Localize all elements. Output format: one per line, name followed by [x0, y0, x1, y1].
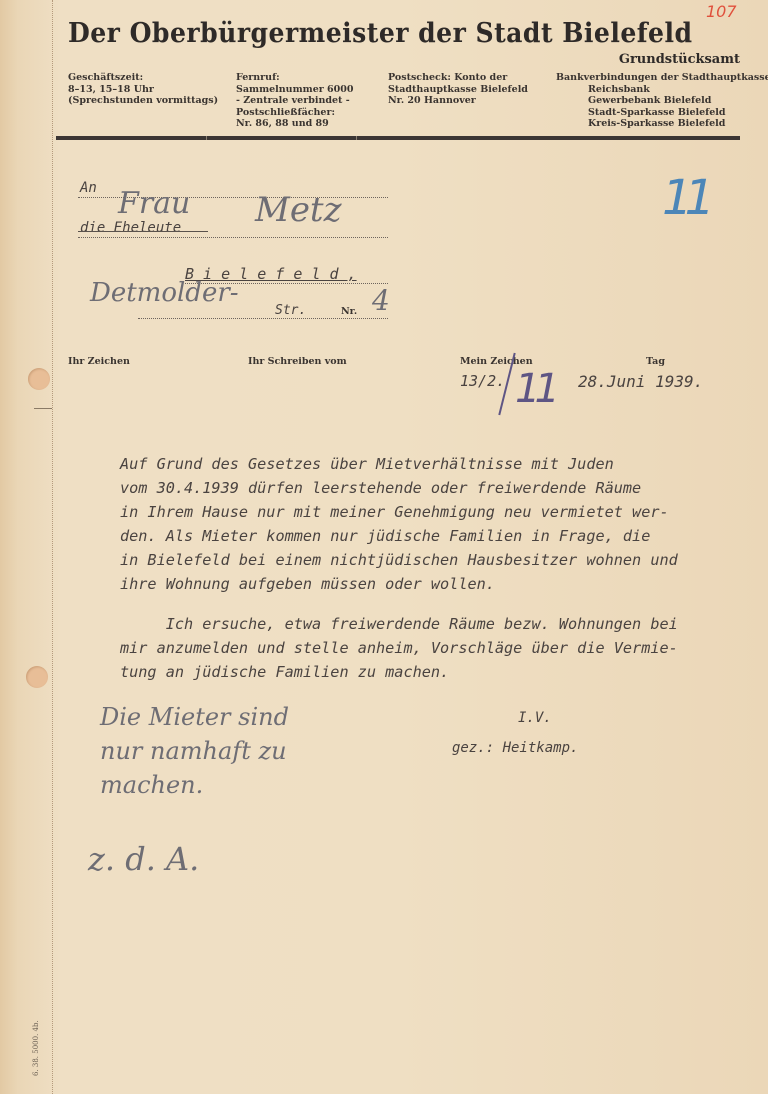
fold-mark — [34, 408, 52, 409]
department-name: Grundstücksamt — [619, 52, 740, 67]
letterhead-rule — [56, 136, 740, 140]
margin-line — [52, 0, 53, 1094]
office-hours-note: (Sprechstunden vormittags) — [68, 95, 218, 107]
handwritten-salutation: Frau — [118, 186, 190, 221]
printer-mark: 6. 38. 5000. 4b. — [32, 1020, 40, 1076]
postal-check-line: Stadthauptkasse Bielefeld — [388, 84, 528, 96]
handwritten-note-line: nur namhaft zu — [100, 734, 289, 768]
office-hours-times: 8–13, 15–18 Uhr — [68, 84, 218, 96]
office-hours: Geschäftszeit: 8–13, 15–18 Uhr (Sprechst… — [68, 72, 218, 107]
bank-item: Reichsbank — [588, 84, 768, 96]
handwritten-recipient-name: Metz — [255, 190, 342, 230]
your-ref-label: Ihr Zeichen — [68, 356, 130, 367]
signature-iv: I.V. — [518, 710, 552, 726]
handwritten-note-line: Die Mieter sind — [100, 700, 289, 734]
handwritten-footer-note: z. d. A. — [88, 840, 199, 878]
signature-name: gez.: Heitkamp. — [452, 740, 578, 756]
address-line-4 — [138, 318, 388, 319]
phone-note: - Zentrale verbindet - — [236, 95, 354, 107]
phone-info: Fernruf: Sammelnummer 6000 - Zentrale ve… — [236, 72, 354, 130]
handwritten-street: Detmolder- — [90, 278, 239, 308]
bank-item: Stadt-Sparkasse Bielefeld — [588, 107, 768, 119]
letterhead-title: Der Oberbürgermeister der Stadt Bielefel… — [68, 18, 693, 49]
date-label: Tag — [646, 356, 665, 367]
postal-check-line: Nr. 20 Hannover — [388, 95, 528, 107]
handwritten-house-number: 4 — [372, 284, 390, 317]
address-to-label: An — [80, 180, 97, 196]
punch-hole-top — [28, 368, 50, 390]
banks-heading: Bankverbindungen der Stadthauptkasse: — [556, 72, 768, 84]
number-label: Nr. — [341, 306, 357, 317]
your-letter-label: Ihr Schreiben vom — [248, 356, 347, 367]
document-page: 107 Der Oberbürgermeister der Stadt Biel… — [0, 0, 768, 1094]
address-line-2 — [78, 237, 388, 238]
po-box-numbers: Nr. 86, 88 und 89 — [236, 118, 354, 130]
po-box-label: Postschließfächer: — [236, 107, 354, 119]
bank-item: Kreis-Sparkasse Bielefeld — [588, 118, 768, 130]
postal-check-line: Postscheck: Konto der — [388, 72, 528, 84]
strikethrough-line — [78, 231, 208, 232]
bank-info: Bankverbindungen der Stadthauptkasse: Re… — [556, 72, 768, 130]
punch-hole-bottom — [26, 666, 48, 688]
my-ref-value: 13/2. — [460, 372, 505, 390]
bank-item: Gewerbebank Bielefeld — [588, 95, 768, 107]
postal-check-info: Postscheck: Konto der Stadthauptkasse Bi… — [388, 72, 528, 107]
body-paragraph-2: Ich ersuche, etwa freiwerdende Räume bez… — [120, 612, 720, 684]
phone-number: Sammelnummer 6000 — [236, 84, 354, 96]
blue-pencil-number: 11 — [662, 170, 707, 226]
date-value: 28.Juni 1939. — [578, 372, 703, 391]
archive-number: 107 — [706, 2, 737, 21]
street-label: Str. — [275, 303, 306, 318]
phone-label: Fernruf: — [236, 72, 354, 84]
handwritten-note: Die Mieter sind nur namhaft zu machen. — [100, 700, 289, 802]
office-hours-label: Geschäftszeit: — [68, 72, 218, 84]
body-paragraph-1: Auf Grund des Gesetzes über Mietverhältn… — [120, 452, 720, 596]
recipient-struck: die Eheleute — [80, 220, 181, 236]
handwritten-ref-number: 11 — [515, 366, 554, 412]
handwritten-note-line: machen. — [100, 768, 289, 802]
